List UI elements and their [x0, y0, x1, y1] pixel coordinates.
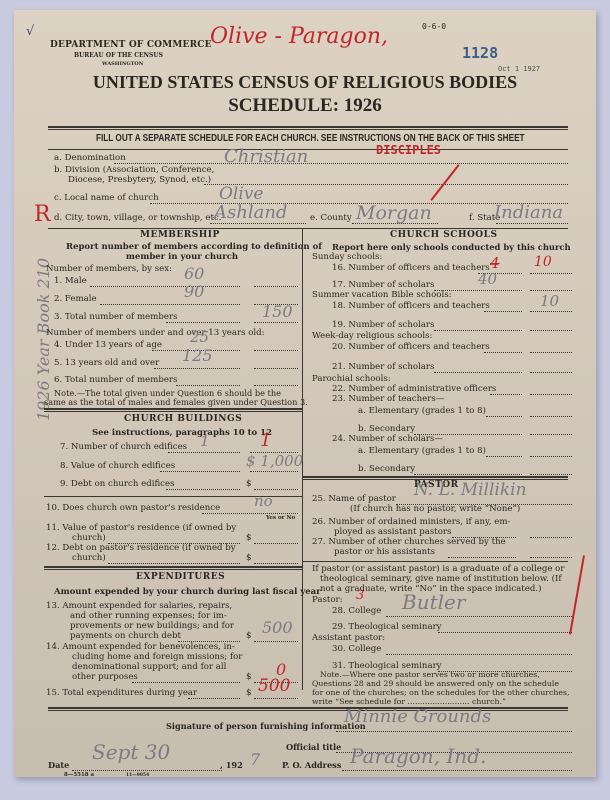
female-field[interactable]: [100, 304, 240, 305]
male-field[interactable]: [90, 286, 240, 287]
q21-label: 21. Number of scholars: [332, 362, 434, 372]
church-schools-heading: CHURCH SCHOOLS: [390, 230, 497, 240]
q26-field[interactable]: [530, 537, 572, 538]
church-schools-subheading: Report here only schools conducted by th…: [332, 242, 571, 252]
red-check-mark: [430, 164, 459, 201]
q27-label: 27. Number of other churches served by t…: [312, 537, 506, 547]
form-title: UNITED STATES CENSUS OF RELIGIOUS BODIES: [14, 72, 596, 93]
city-label: d. City, town, village, or township, etc…: [54, 213, 221, 223]
buildings-bottom-rule: [44, 566, 302, 570]
edifices-debt-field[interactable]: [166, 489, 240, 490]
division-label-continued: Diocese, Presbytery, Synod, etc.): [68, 175, 211, 185]
total-members-6-label: 6. Total number of members: [54, 375, 177, 385]
q16-check-field[interactable]: [530, 273, 572, 274]
q15-label: 15. Total expenditures during year: [46, 688, 197, 698]
po-address-label: P. O. Address: [282, 760, 341, 770]
male-value: 60: [184, 264, 204, 283]
q28-label: 28. College: [332, 606, 381, 616]
summer-schools-label: Summer vacation Bible schools:: [312, 290, 452, 300]
county-value: Morgan: [356, 202, 432, 224]
instruction-banner: FILL OUT A SEPARATE SCHEDULE FOR EACH CH…: [96, 133, 525, 144]
graduate-note: If pastor (or assistant pastor) is a gra…: [312, 564, 564, 574]
edifices-count-check-value: 1: [260, 430, 271, 451]
edifices-debt-amount-field[interactable]: [254, 489, 298, 490]
sunday-schools-label: Sunday schools:: [312, 252, 382, 262]
denomination-field[interactable]: [114, 163, 568, 164]
parochial-schools-label: Parochial schools:: [312, 374, 391, 384]
code-stamp: 0-6-0: [422, 22, 446, 31]
male-check-field[interactable]: [254, 286, 298, 287]
q20-label: 20. Number of officers and teachers: [332, 342, 490, 352]
female-label: 2. Female: [54, 294, 97, 304]
q27-label-2: pastor or his assistants: [334, 547, 435, 557]
denomination-label: a. Denomination: [54, 153, 126, 163]
state-value: Indiana: [494, 202, 563, 223]
q22-field[interactable]: [490, 394, 522, 395]
q27-field[interactable]: [530, 557, 572, 558]
q24-label: 24. Number of scholars—: [332, 434, 443, 444]
q18-label: 18. Number of officers and teachers: [332, 301, 490, 311]
q20-field[interactable]: [484, 352, 522, 353]
department-label: DEPARTMENT OF COMMERCE: [50, 40, 212, 50]
q15-leader: [188, 698, 240, 699]
schedule-title: SCHEDULE: 1926: [14, 95, 596, 117]
under-13-label: 4. Under 13 years of age: [54, 340, 162, 350]
received-number-stamp: 1128: [462, 44, 498, 62]
q26-label: 26. Number of ordained ministers, if any…: [312, 517, 510, 527]
denomination-value: Christian: [224, 146, 308, 167]
pastor-subsection-label: Pastor:: [312, 595, 343, 605]
bureau-label: BUREAU OF THE CENSUS: [74, 52, 163, 59]
over-13-field[interactable]: [154, 368, 240, 369]
q19-label: 19. Number of scholars: [332, 320, 434, 330]
po-address-value: Paragon, Ind.: [350, 744, 486, 768]
q22-check-field[interactable]: [530, 394, 572, 395]
q14-leader: [132, 682, 240, 683]
expenditures-subheading: Amount expended by your church during la…: [54, 587, 302, 597]
q13-label-3: provements or new buildings; and for: [70, 621, 234, 631]
city-value: Ashland: [214, 202, 287, 223]
membership-subheading: Report number of members according to de…: [66, 242, 298, 252]
residence-debt-dollar: $: [246, 553, 251, 563]
print-code: 11—9054: [126, 773, 149, 778]
q13-label-2: and other running expenses; for im-: [70, 611, 227, 621]
under-13-check-field[interactable]: [254, 350, 298, 351]
residence-value-amount-field[interactable]: [254, 543, 298, 544]
q16-check-value: 10: [534, 254, 552, 270]
expenditures-heading: EXPENDITURES: [136, 572, 225, 582]
official-title-label: Official title: [286, 742, 341, 752]
year-suffix-value: 7: [250, 750, 260, 769]
q30-label: 30. College: [332, 644, 381, 654]
membership-heading: MEMBERSHIP: [140, 230, 220, 240]
over-13-label: 5. 13 years old and over: [54, 358, 159, 368]
q16-label: 16. Number of officers and teachers: [332, 263, 490, 273]
edifices-value-field[interactable]: [160, 471, 240, 472]
q29-label: 29. Theological seminary: [332, 622, 442, 632]
residence-value-label-2: church): [72, 533, 106, 543]
total-members-6-field[interactable]: [176, 385, 240, 386]
assistant-pastor-label: Assistant pastor:: [312, 633, 385, 643]
q19-check-field[interactable]: [530, 330, 572, 331]
residence-debt-label: 12. Debt on pastor's residence (if owned…: [46, 543, 236, 553]
q23a-label: a. Elementary (grades 1 to 8): [358, 406, 486, 416]
q17-value: 40: [478, 270, 497, 288]
q21-field[interactable]: [434, 372, 522, 373]
pastor-mark: 3: [356, 588, 364, 603]
header-rule: [48, 126, 568, 130]
q18-check-field[interactable]: [530, 311, 572, 312]
edifices-value-amount: $ 1,000: [246, 452, 303, 470]
q23b-label: b. Secondary: [358, 424, 415, 434]
weekday-schools-label: Week-day religious schools:: [312, 331, 432, 341]
margin-r-mark: R: [34, 202, 51, 227]
edifices-debt-dollar: $: [246, 479, 251, 489]
total-members-field[interactable]: [166, 322, 240, 323]
q27-leader: [448, 557, 516, 558]
q22-label: 22. Number of administrative officers: [332, 384, 496, 394]
q13-amount-value: 500: [262, 618, 293, 637]
q25-label: 25. Name of pastor: [312, 494, 396, 504]
q13-label-4: payments on church debt: [70, 631, 181, 641]
q17-label: 17. Number of scholars: [332, 280, 434, 290]
city-label: WASHINGTON: [102, 61, 143, 67]
q24b-check-field[interactable]: [530, 474, 572, 475]
census-schedule-sheet: √ DEPARTMENT OF COMMERCE BUREAU OF THE C…: [14, 10, 596, 777]
q14-label-3: denominational support; and for all: [72, 662, 226, 672]
edifices-count-field[interactable]: [168, 452, 240, 453]
q13-label: 13. Amount expended for salaries, repair…: [46, 601, 232, 611]
pastor-residence-field[interactable]: [202, 513, 298, 514]
handwritten-church-title: Olive - Paragon,: [210, 24, 388, 49]
pastor-college-field[interactable]: [386, 616, 572, 617]
edifices-debt-label: 9. Debt on church edifices: [60, 479, 174, 489]
edifices-count-value: 1: [200, 432, 210, 450]
q26-label-2: ployed as assistant pastors: [334, 527, 451, 537]
total-members-check-field[interactable]: [254, 322, 298, 323]
q14-label: 14. Amount expended for benevolences, in…: [46, 642, 235, 652]
pastor-residence-label: 10. Does church own pastor's residence: [46, 503, 220, 513]
church-buildings-heading: CHURCH BUILDINGS: [124, 414, 242, 424]
male-label: 1. Male: [54, 276, 87, 286]
edifices-value-label: 8. Value of church edifices: [60, 461, 175, 471]
division-label: b. Division (Association, Conference,: [54, 165, 214, 175]
membership-rule: [44, 408, 302, 412]
date-label: Date: [48, 760, 69, 770]
identity-rule: [48, 228, 568, 229]
residence-value-dollar: $: [246, 533, 251, 543]
graduate-note-2: theological seminary, give name of insti…: [320, 574, 562, 584]
total-members-label: 3. Total number of members: [54, 312, 177, 322]
denomination-stamp: DISCIPLES: [376, 143, 441, 157]
residence-debt-field[interactable]: [108, 563, 240, 564]
q23a-field[interactable]: [486, 416, 522, 417]
q23b-check-field[interactable]: [530, 434, 572, 435]
age-breakdown-label: Number of members under and over 13 year…: [46, 328, 265, 338]
q17-check-field[interactable]: [530, 290, 572, 291]
total-members-6-check-field[interactable]: [254, 385, 298, 386]
city-field[interactable]: [210, 223, 306, 224]
q24a-label: a. Elementary (grades 1 to 8): [358, 446, 486, 456]
q15-dollar: $: [246, 688, 251, 698]
local-name-value: Olive: [219, 184, 263, 204]
female-value: 90: [184, 282, 204, 301]
pastor-college-value: Butler: [402, 590, 465, 614]
county-label: e. County: [310, 213, 352, 223]
assistant-college-field[interactable]: [386, 654, 572, 655]
members-by-sex-label: Number of members, by sex:: [46, 264, 172, 274]
q24a-field[interactable]: [486, 456, 522, 457]
q21-check-field[interactable]: [530, 372, 572, 373]
over-13-value: 125: [182, 346, 213, 365]
q14-label-2: cluding home and foreign missions; for: [72, 652, 242, 662]
q15-amount-field[interactable]: [254, 698, 298, 699]
date-field[interactable]: [72, 770, 222, 771]
under-13-value: 25: [190, 328, 209, 346]
q24b-field[interactable]: [414, 474, 522, 475]
q14-label-4: other purposes: [72, 672, 138, 682]
local-name-label: c. Local name of church: [54, 193, 159, 203]
signature-label: Signature of person furnishing informati…: [166, 721, 366, 731]
membership-note-2: same as the total of males and females g…: [44, 397, 308, 407]
yes-no-hint: Yes or No: [266, 515, 295, 521]
q19-field[interactable]: [434, 330, 522, 331]
corner-checkmark: √: [26, 24, 34, 39]
q24a-check-field[interactable]: [530, 456, 572, 457]
residence-debt-amount-field[interactable]: [254, 563, 298, 564]
signature-value: Minnie Grounds: [344, 706, 491, 727]
q20-check-field[interactable]: [530, 352, 572, 353]
pastor-seminary-field[interactable]: [438, 632, 572, 633]
edifices-count-label: 7. Number of church edifices: [60, 442, 187, 452]
date-value: Sept 30: [92, 740, 170, 764]
over-13-check-field[interactable]: [254, 368, 298, 369]
membership-subheading-2: member in your church: [66, 252, 298, 262]
pastor-rule: [302, 561, 568, 562]
pastor-name-value: N. L. Millikin: [414, 480, 527, 500]
po-address-field[interactable]: [342, 770, 572, 771]
q14-dollar: $: [246, 672, 251, 682]
year-prefix: , 192: [220, 760, 243, 770]
form-number: 8—5518 a: [64, 772, 94, 778]
q25-hint: (If church has no pastor, write “None”): [350, 504, 520, 514]
residence-debt-label-2: church): [72, 553, 106, 563]
pastor-residence-value: no: [254, 492, 273, 510]
q24b-label: b. Secondary: [358, 464, 415, 474]
total-members-value: 150: [262, 302, 293, 321]
q18-check-value: 10: [540, 292, 559, 310]
red-margin-check: [569, 555, 585, 634]
q18-field[interactable]: [484, 311, 522, 312]
q15-amount-value: 500: [258, 676, 290, 696]
q13-amount-field[interactable]: [254, 641, 298, 642]
edifices-value-check-field[interactable]: [250, 471, 298, 472]
residence-value-label: 11. Value of pastor's residence (if owne…: [46, 523, 236, 533]
state-field[interactable]: [496, 223, 568, 224]
q13-dollar: $: [246, 631, 251, 641]
q23a-check-field[interactable]: [530, 416, 572, 417]
q23-label: 23. Number of teachers—: [332, 394, 444, 404]
signature-field[interactable]: [336, 731, 572, 732]
